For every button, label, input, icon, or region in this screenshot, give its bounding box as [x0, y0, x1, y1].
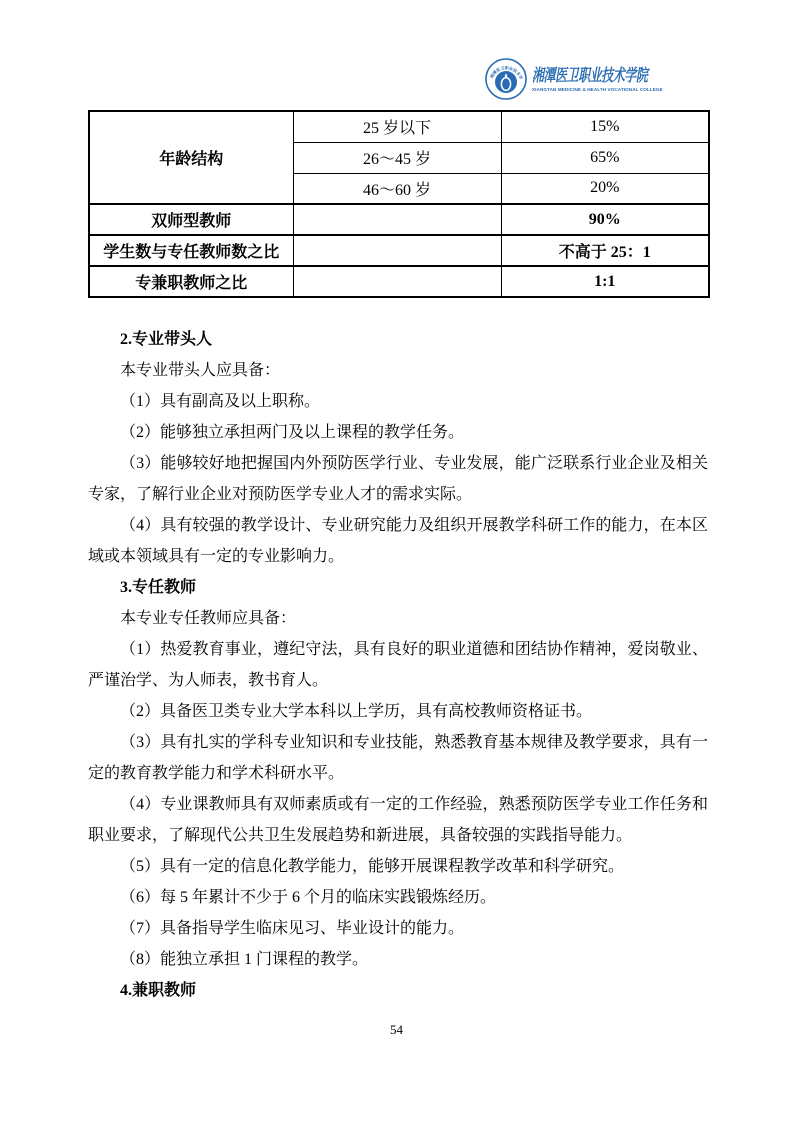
cell-age-structure-label: 年龄结构: [89, 111, 293, 204]
cell-empty: [293, 266, 501, 297]
cell-age-value: 65%: [501, 142, 709, 173]
cell-row-label: 双师型教师: [89, 204, 293, 235]
cell-age-range: 46～60 岁: [293, 173, 501, 204]
table-row: 专兼职教师之比 1:1: [89, 266, 709, 297]
body-paragraph: （2）能够独立承担两门及以上课程的教学任务。: [88, 417, 708, 448]
table-row: 双师型教师 90%: [89, 204, 709, 235]
cell-row-value: 1:1: [501, 266, 709, 297]
cell-empty: [293, 235, 501, 266]
document-page: 湘潭医卫职业技术学院 湘潭医卫职业技术学院 XIANGTAN MEDICINE …: [0, 0, 793, 1122]
cell-age-range: 25 岁以下: [293, 111, 501, 142]
college-name-cn: 湘潭医卫职业技术学院: [532, 66, 648, 86]
body-paragraph: （3）能够较好地把握国内外预防医学行业、专业发展，能广泛联系行业企业及相关专家，…: [88, 448, 708, 510]
body-paragraph: （6）每 5 年累计不少于 6 个月的临床实践锻炼经历。: [88, 882, 708, 913]
college-logo: 湘潭医卫职业技术学院 湘潭医卫职业技术学院 XIANGTAN MEDICINE …: [485, 58, 697, 100]
body-paragraph: （5）具有一定的信息化教学能力，能够开展课程教学改革和科学研究。: [88, 851, 708, 882]
cell-empty: [293, 204, 501, 235]
college-name-block: 湘潭医卫职业技术学院 XIANGTAN MEDICINE & HEALTH VO…: [532, 66, 697, 93]
cell-row-value: 不高于 25：1: [501, 235, 709, 266]
table-row: 年龄结构 25 岁以下 15%: [89, 111, 709, 142]
section-heading-parttime-teachers: 4.兼职教师: [88, 975, 708, 1006]
body-paragraph: 本专业带头人应具备：: [88, 355, 708, 386]
cell-age-value: 20%: [501, 173, 709, 204]
table-row: 学生数与专任教师数之比 不高于 25：1: [89, 235, 709, 266]
page-footer: 54: [0, 1022, 793, 1038]
body-paragraph: （4）具有较强的教学设计、专业研究能力及组织开展教学科研工作的能力，在本区域或本…: [88, 510, 708, 572]
body-paragraph: （2）具备医卫类专业大学本科以上学历，具有高校教师资格证书。: [88, 696, 708, 727]
body-paragraph: （7）具备指导学生临床见习、毕业设计的能力。: [88, 913, 708, 944]
body-paragraph: （8）能独立承担 1 门课程的教学。: [88, 944, 708, 975]
document-body: 2.专业带头人 本专业带头人应具备： （1）具有副高及以上职称。 （2）能够独立…: [88, 324, 708, 1006]
cell-row-label: 专兼职教师之比: [89, 266, 293, 297]
section-heading-leader: 2.专业带头人: [88, 324, 708, 355]
faculty-requirements-table: 年龄结构 25 岁以下 15% 26～45 岁 65% 46～60 岁 20% …: [88, 110, 710, 298]
cell-row-label: 学生数与专任教师数之比: [89, 235, 293, 266]
college-seal-icon: 湘潭医卫职业技术学院: [485, 58, 527, 100]
page-number: 54: [390, 1022, 403, 1037]
body-paragraph: （3）具有扎实的学科专业知识和专业技能，熟悉教育基本规律及教学要求，具有一定的教…: [88, 727, 708, 789]
cell-age-value: 15%: [501, 111, 709, 142]
body-paragraph: （1）热爱教育事业，遵纪守法，具有良好的职业道德和团结协作精神，爱岗敬业、严谨治…: [88, 634, 708, 696]
cell-row-value: 90%: [501, 204, 709, 235]
body-paragraph: （1）具有副高及以上职称。: [88, 386, 708, 417]
college-name-en: XIANGTAN MEDICINE & HEALTH VOCATIONAL CO…: [532, 86, 697, 93]
cell-age-range: 26～45 岁: [293, 142, 501, 173]
section-heading-fulltime-teachers: 3.专任教师: [88, 572, 708, 603]
body-paragraph: （4）专业课教师具有双师素质或有一定的工作经验，熟悉预防医学专业工作任务和职业要…: [88, 789, 708, 851]
body-paragraph: 本专业专任教师应具备：: [88, 603, 708, 634]
